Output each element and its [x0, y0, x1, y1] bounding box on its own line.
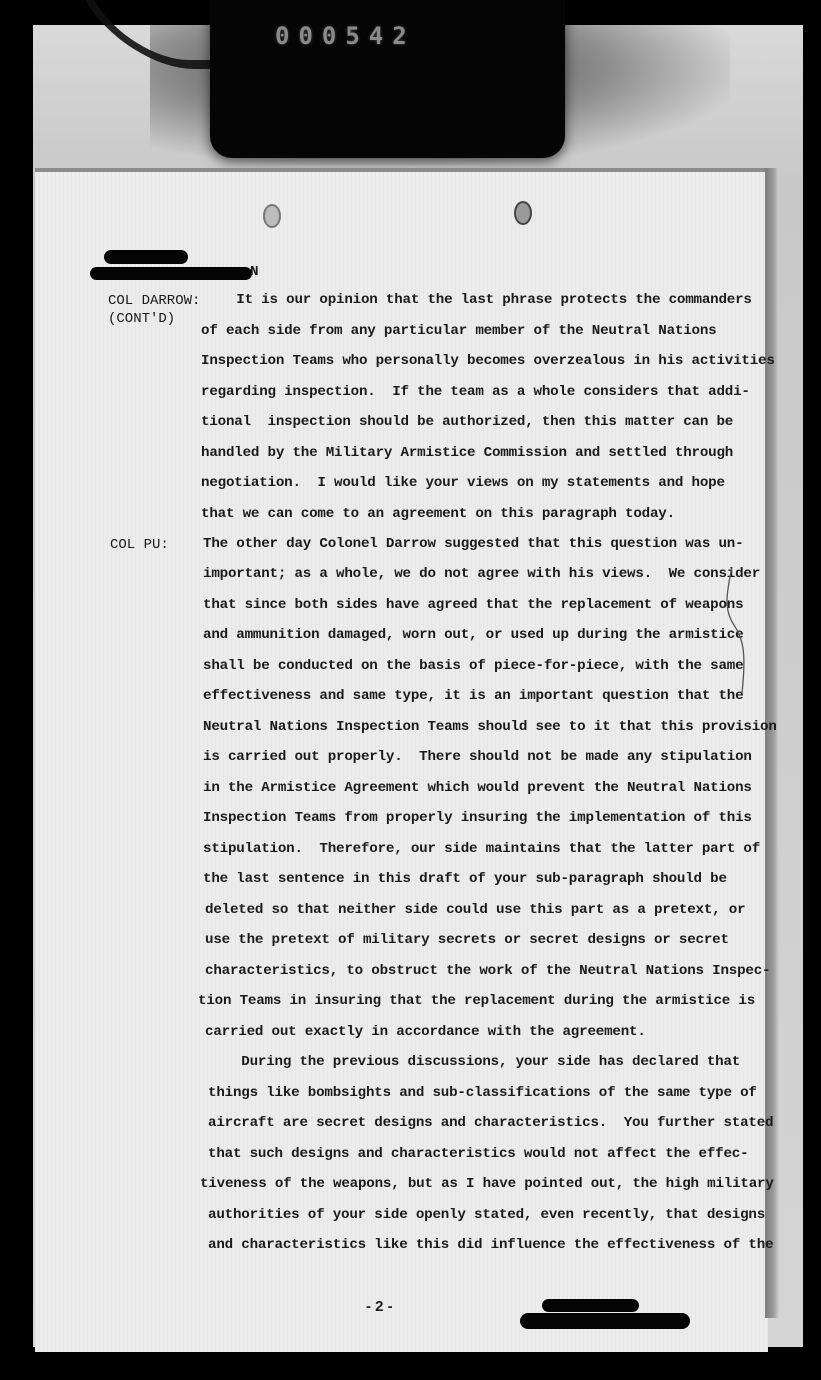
punch-hole-left — [263, 204, 281, 228]
text-line: in the Armistice Agreement which would p… — [203, 780, 752, 796]
redaction-header-long — [90, 267, 252, 280]
text-line: characteristics, to obstruct the work of… — [205, 963, 770, 979]
text-line: stipulation. Therefore, our side maintai… — [203, 841, 760, 857]
text-line: the last sentence in this draft of your … — [203, 871, 727, 887]
redaction-header-short — [104, 250, 188, 264]
text-line: that we can come to an agreement on this… — [201, 506, 675, 522]
text-line: During the previous discussions, your si… — [208, 1054, 740, 1070]
text-line: Neutral Nations Inspection Teams should … — [203, 719, 777, 735]
frame-counter-number: 000542 — [275, 22, 416, 50]
text-line: shall be conducted on the basis of piece… — [203, 658, 743, 674]
text-line: authorities of your side openly stated, … — [208, 1207, 765, 1223]
text-line: and ammunition damaged, worn out, or use… — [203, 627, 743, 643]
text-line: that since both sides have agreed that t… — [203, 597, 743, 613]
text-line: Inspection Teams who personally becomes … — [201, 353, 775, 369]
text-line: carried out exactly in accordance with t… — [205, 1024, 646, 1040]
margin-annotation-mark — [722, 565, 762, 695]
text-line: It is our opinion that the last phrase p… — [203, 292, 752, 308]
text-line: regarding inspection. If the team as a w… — [201, 384, 750, 400]
text-line: that such designs and characteristics wo… — [208, 1146, 748, 1162]
text-line: handled by the Military Armistice Commis… — [201, 445, 733, 461]
speaker-label-darrow: COL DARROW: — [108, 293, 200, 309]
speaker-label-pu: COL PU: — [110, 537, 169, 553]
speaker-continuation: (CONT'D) — [108, 311, 175, 327]
text-line: tiveness of the weapons, but as I have p… — [200, 1176, 774, 1192]
punch-hole-right — [514, 201, 532, 225]
text-line: of each side from any particular member … — [201, 323, 716, 339]
text-line: and characteristics like this did influe… — [208, 1237, 773, 1253]
text-line: tional inspection should be authorized, … — [201, 414, 733, 430]
text-line: effectiveness and same type, it is an im… — [203, 688, 743, 704]
text-line: Inspection Teams from properly insuring … — [203, 810, 752, 826]
text-line: is carried out properly. There should no… — [203, 749, 752, 765]
redaction-footer-short — [542, 1299, 639, 1312]
text-line: aircraft are secret designs and characte… — [208, 1115, 773, 1131]
text-line: The other day Colonel Darrow suggested t… — [203, 536, 743, 552]
text-line: deleted so that neither side could use t… — [205, 902, 745, 918]
header-trailing-letter: N — [250, 264, 258, 280]
text-line: tion Teams in insuring that the replacem… — [198, 993, 755, 1009]
text-line: use the pretext of military secrets or s… — [205, 932, 729, 948]
redaction-footer-long — [520, 1313, 690, 1329]
text-line: things like bombsights and sub-classific… — [208, 1085, 757, 1101]
page-edge-shadow — [765, 168, 779, 1318]
text-line: negotiation. I would like your views on … — [201, 475, 725, 491]
text-line: important; as a whole, we do not agree w… — [203, 566, 760, 582]
page-number: - 2 - — [366, 1298, 393, 1315]
